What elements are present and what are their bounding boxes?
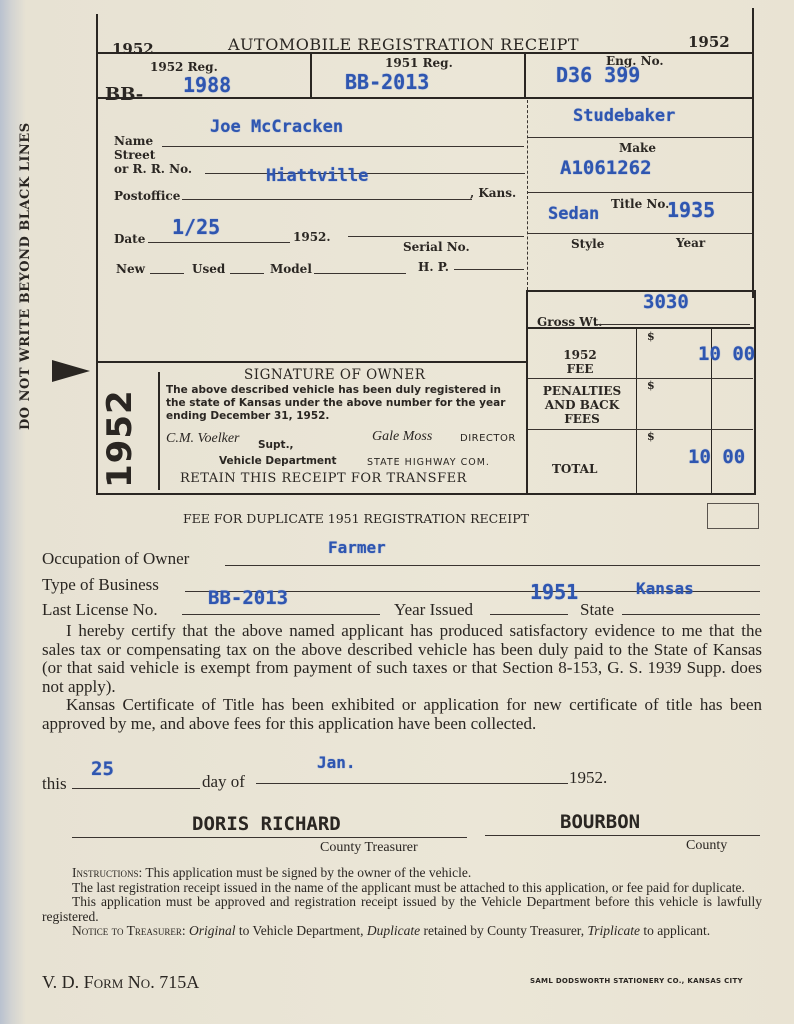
big-year-vertical: 1952 [100, 389, 140, 488]
instruction-line-2: The last registration receipt issued in … [42, 881, 762, 896]
instruction-line-3: This application must be approved and re… [42, 895, 762, 924]
instruction-text-1: This application must be signed by the o… [145, 865, 471, 880]
reg-row-rule [96, 97, 754, 99]
used-label: Used [192, 262, 225, 276]
serial-underline [348, 236, 524, 237]
receipt-bottom-border [96, 493, 756, 495]
notice-to-treasurer: Notice to Treasurer: Original to Vehicle… [42, 924, 762, 939]
state-underline [622, 614, 760, 615]
total-amount[interactable]: 10 00 [688, 446, 745, 468]
fee-row-rule-1 [528, 378, 753, 379]
penalties-dollar: $ [647, 379, 655, 392]
notice-duplicate: Duplicate [367, 923, 420, 938]
fee-box-left [526, 290, 528, 494]
serial-label: Serial No. [403, 240, 470, 254]
instructions-lead: Instructions: [72, 865, 142, 880]
notice-original: Original [189, 923, 236, 938]
kans-label: , Kans. [470, 186, 516, 200]
state-label: State [580, 600, 614, 620]
make-label: Make [619, 141, 656, 155]
fee-box-right [754, 290, 756, 494]
title-no-label: Title No. [611, 197, 669, 211]
hp-underline [454, 269, 524, 270]
fee-col-divider-1 [636, 328, 637, 494]
eng-no-value[interactable]: D36 399 [556, 63, 640, 87]
header-year-left: 1952 [112, 40, 154, 58]
side-warning: DO NOT WRITE BEYOND BLACK LINES [18, 122, 33, 430]
street-value[interactable]: Hiattville [266, 166, 368, 186]
notice-mid-2: retained by County Treasurer, [420, 923, 587, 938]
director-label: DIRECTOR [460, 433, 516, 444]
instruction-line-1: Instructions: This application must be s… [42, 866, 762, 881]
owner-vehicle-divider [527, 100, 528, 290]
duplicate-fee-box[interactable] [707, 503, 759, 529]
business-label: Type of Business [42, 575, 159, 595]
used-underline [230, 273, 264, 274]
gross-wt-underline [596, 324, 750, 325]
new-label: New [116, 262, 145, 276]
fee-box-top [526, 290, 754, 292]
instructions-block: Instructions: This application must be s… [42, 866, 762, 939]
license-underline [182, 614, 380, 615]
supt-signature: C.M. Voelker [166, 431, 239, 447]
make-rule [528, 137, 752, 138]
model-underline [314, 273, 406, 274]
reg-divider-1 [310, 52, 312, 98]
new-underline [150, 273, 184, 274]
gross-wt-rule [526, 327, 754, 329]
license-value[interactable]: BB-2013 [208, 587, 288, 609]
notice-end: to applicant. [640, 923, 710, 938]
name-label: Name [114, 134, 153, 148]
make-value[interactable]: Studebaker [573, 106, 675, 126]
duplicate-heading: FEE FOR DUPLICATE 1951 REGISTRATION RECE… [183, 511, 529, 526]
form-number: V. D. Form No. 715A [42, 972, 199, 993]
reg-1951-value[interactable]: BB-2013 [345, 70, 429, 94]
street-label: Street [114, 148, 155, 162]
reg-1952-value[interactable]: 1988 [183, 73, 231, 97]
gross-wt-value[interactable]: 3030 [643, 291, 689, 313]
certify-paragraph-2: Kansas Certificate of Title has been exh… [42, 696, 762, 733]
this-label: this [42, 774, 67, 794]
month-value[interactable]: Jan. [317, 753, 356, 772]
model-label: Model [270, 262, 312, 276]
county-name[interactable]: BOURBON [560, 811, 640, 833]
retain-notice: RETAIN THIS RECEIPT FOR TRANSFER [180, 471, 467, 486]
certify-paragraph-1: I hereby certify that the above named ap… [42, 622, 762, 696]
notice-lead: Notice to Treasurer: [72, 923, 186, 938]
year-value[interactable]: 1935 [667, 198, 715, 222]
year-issued-label: Year Issued [394, 600, 473, 620]
reg-1951-label: 1951 Reg. [385, 56, 453, 70]
name-underline [162, 146, 524, 147]
fee-row-rule-2 [528, 429, 753, 430]
day-value[interactable]: 25 [91, 758, 114, 780]
postoffice-underline [182, 199, 472, 200]
registration-statement: The above described vehicle has been dul… [166, 384, 518, 423]
total-label: TOTAL [552, 462, 597, 476]
fee-1952-amount[interactable]: 10 00 [698, 343, 755, 365]
hp-label: H. P. [418, 260, 449, 274]
year-issued-value[interactable]: 1951 [530, 580, 578, 604]
name-value[interactable]: Joe McCracken [210, 117, 343, 137]
county-label: County [686, 838, 727, 854]
arrow-right-icon [52, 360, 90, 382]
printer-credit: SAML DODSWORTH STATIONERY CO., KANSAS CI… [530, 977, 743, 985]
vehicle-dept-label: Vehicle Department [219, 455, 337, 467]
treasurer-label: County Treasurer [320, 840, 418, 856]
day-of-label: day of [202, 772, 245, 792]
style-label: Style [571, 237, 604, 251]
reg-1952-label: 1952 Reg. [150, 60, 218, 74]
date-line-year: 1952. [569, 768, 607, 788]
signature-top-rule [96, 361, 526, 363]
style-value[interactable]: Sedan [548, 204, 599, 224]
highway-label: STATE HIGHWAY COM. [367, 457, 490, 468]
date-underline [148, 242, 290, 243]
year-issued-underline [490, 614, 568, 615]
total-dollar: $ [647, 430, 655, 443]
date-label: Date [114, 232, 145, 246]
notice-mid-1: to Vehicle Department, [235, 923, 366, 938]
rr-label: or R. R. No. [114, 162, 192, 176]
reg-prefix: BB- [105, 84, 143, 105]
occupation-value[interactable]: Farmer [328, 538, 386, 557]
fee-1952-label-line1: 1952 [540, 348, 620, 362]
notice-triplicate: Triplicate [588, 923, 641, 938]
treasurer-underline [72, 837, 467, 838]
county-underline [485, 835, 760, 836]
supt-label: Supt., [258, 439, 294, 451]
fee-1952-dollar: $ [647, 330, 655, 343]
reg-divider-2 [524, 52, 526, 98]
occupation-underline [225, 565, 760, 566]
day-underline [72, 788, 200, 789]
receipt-left-border [96, 14, 98, 494]
title-value[interactable]: A1061262 [560, 157, 652, 179]
signature-heading: SIGNATURE OF OWNER [244, 367, 425, 383]
penalties-label: PENALTIES AND BACK FEES [532, 384, 632, 426]
month-underline [256, 783, 568, 784]
fee-1952-label: 1952 FEE [540, 348, 620, 376]
style-rule [528, 233, 752, 234]
signature-year-divider [158, 372, 160, 490]
date-year: 1952. [293, 230, 331, 244]
fee-1952-label-line2: FEE [540, 362, 620, 376]
license-label: Last License No. [42, 600, 158, 620]
postoffice-label: Postoffice [114, 189, 180, 203]
title-rule [528, 192, 752, 193]
date-value[interactable]: 1/25 [172, 215, 220, 239]
document-page: DO NOT WRITE BEYOND BLACK LINES 1952 AUT… [0, 0, 794, 1024]
state-value[interactable]: Kansas [636, 579, 694, 598]
header-year-right: 1952 [688, 33, 730, 51]
occupation-label: Occupation of Owner [42, 549, 189, 569]
treasurer-name[interactable]: DORIS RICHARD [192, 813, 341, 835]
year-label: Year [676, 236, 705, 250]
director-signature: Gale Moss [372, 429, 432, 445]
